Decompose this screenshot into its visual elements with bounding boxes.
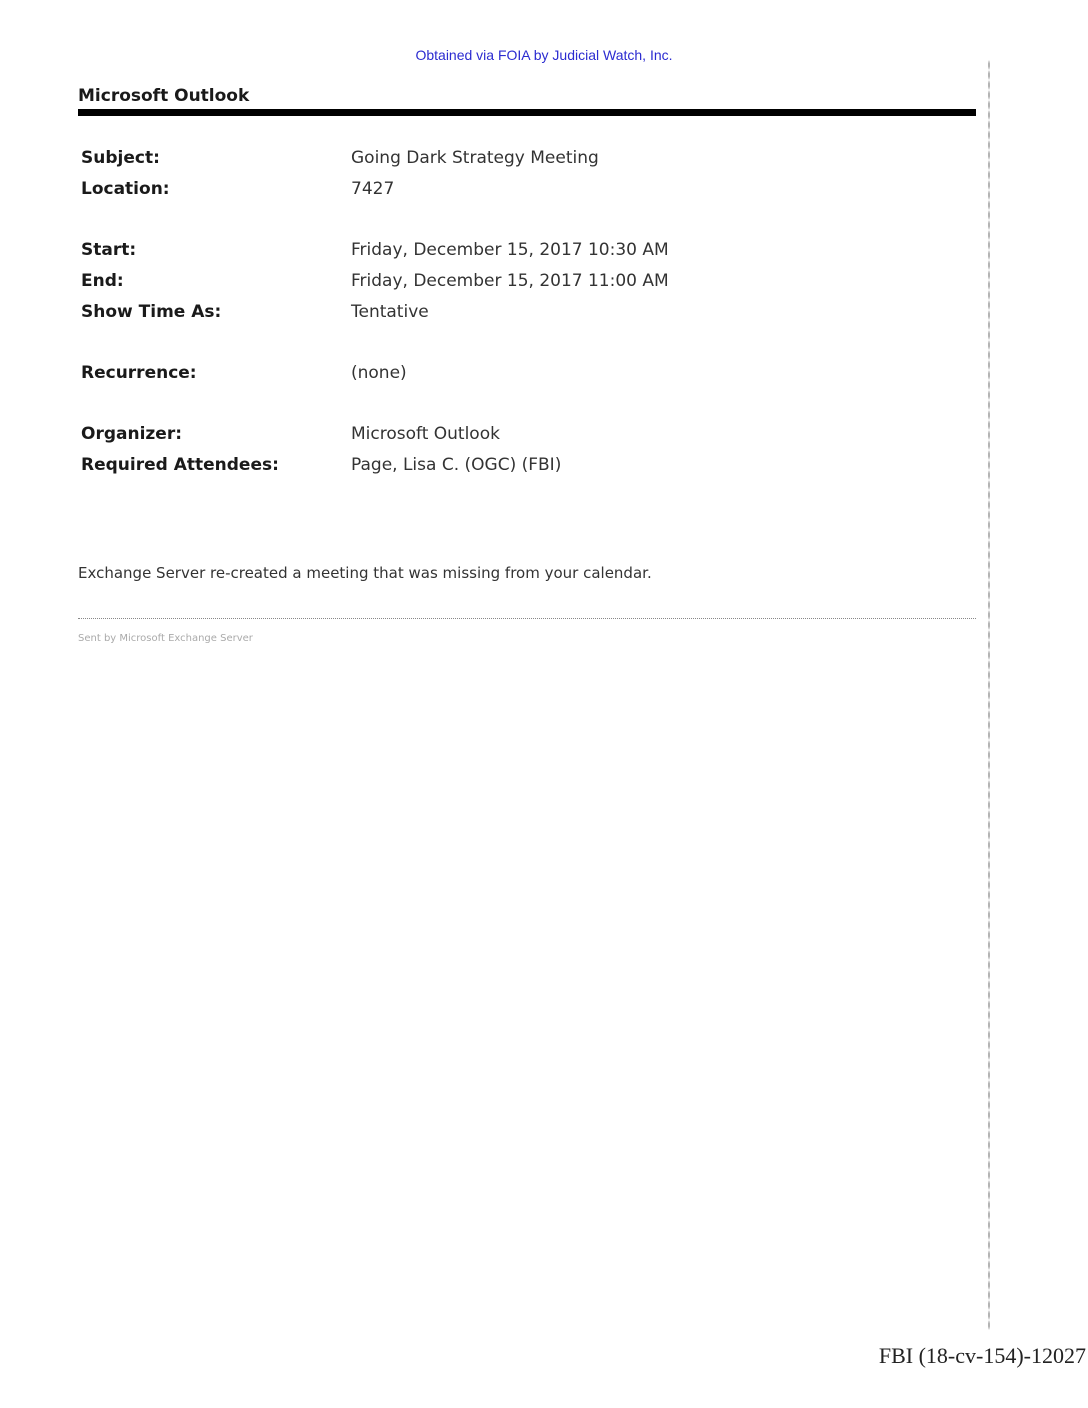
app-title: Microsoft Outlook [78,86,249,106]
bates-number: FBI (18-cv-154)-12027 [879,1343,1086,1369]
field-label: End: [81,271,341,291]
field-label: Show Time As: [81,302,341,322]
field-label: Organizer: [81,424,341,444]
field-value: Friday, December 15, 2017 10:30 AM [351,240,669,260]
foia-watermark: Obtained via FOIA by Judicial Watch, Inc… [0,47,1088,63]
field-label: Location: [81,179,341,199]
field-value: Tentative [351,302,429,322]
field-label: Required Attendees: [81,455,341,475]
field-label: Recurrence: [81,363,341,383]
footer-note: Sent by Microsoft Exchange Server [78,633,253,644]
field-value: Page, Lisa C. (OGC) (FBI) [351,455,561,475]
field-value: 7427 [351,179,394,199]
field-label: Subject: [81,148,341,168]
footer-divider [78,618,976,619]
field-value: Microsoft Outlook [351,424,500,444]
scan-edge-artifact [988,60,990,1330]
field-label: Start: [81,240,341,260]
field-value: Friday, December 15, 2017 11:00 AM [351,271,669,291]
field-value: (none) [351,363,407,383]
field-value: Going Dark Strategy Meeting [351,148,599,168]
message-body: Exchange Server re-created a meeting tha… [78,564,652,582]
title-divider [78,109,976,116]
